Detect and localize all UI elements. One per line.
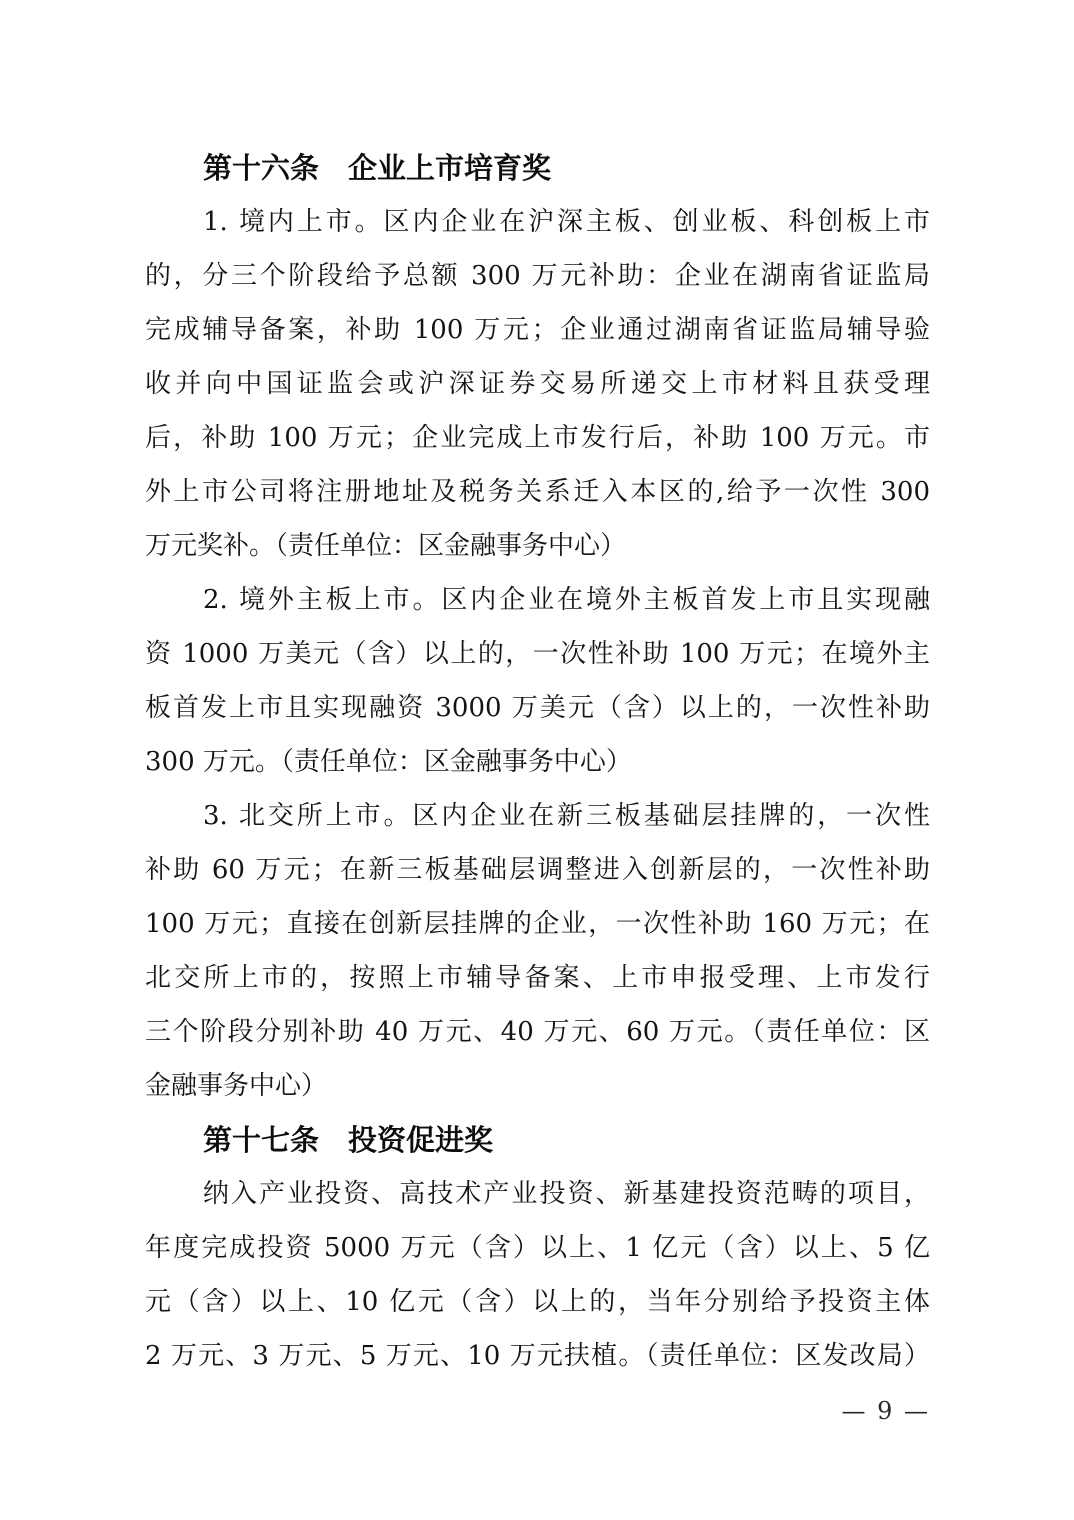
text-line: 北交所上市的，按照上市辅导备案、上市申报受理、上市发行 [145,951,930,1005]
document-body: 第十六条 企业上市培育奖 1. 境内上市。区内企业在沪深主板、创业板、科创板上市… [145,141,930,1383]
text-line: 2 万元、3 万元、5 万元、10 万元扶植。（责任单位：区发改局） [145,1329,930,1383]
text-line: 元（含）以上、10 亿元（含）以上的，当年分别给予投资主体 [145,1275,930,1329]
text-line: 300 万元。（责任单位：区金融事务中心） [145,735,930,789]
text-line: 收并向中国证监会或沪深证券交易所递交上市材料且获受理 [145,357,930,411]
text-line: 外上市公司将注册地址及税务关系迁入本区的,给予一次性 300 [145,465,930,519]
article-17-heading: 第十七条 投资促进奖 [145,1113,930,1167]
text-line: 1. 境内上市。区内企业在沪深主板、创业板、科创板上市 [145,195,930,249]
text-line: 后，补助 100 万元；企业完成上市发行后，补助 100 万元。市 [145,411,930,465]
text-line: 的，分三个阶段给予总额 300 万元补助：企业在湖南省证监局 [145,249,930,303]
text-line: 年度完成投资 5000 万元（含）以上、1 亿元（含）以上、5 亿 [145,1221,930,1275]
text-line: 三个阶段分别补助 40 万元、40 万元、60 万元。（责任单位：区 [145,1005,930,1059]
text-line: 2. 境外主板上市。区内企业在境外主板首发上市且实现融 [145,573,930,627]
text-line: 3. 北交所上市。区内企业在新三板基础层挂牌的，一次性 [145,789,930,843]
text-line: 100 万元；直接在创新层挂牌的企业，一次性补助 160 万元；在 [145,897,930,951]
text-line: 补助 60 万元；在新三板基础层调整进入创新层的，一次性补助 [145,843,930,897]
text-line: 完成辅导备案，补助 100 万元；企业通过湖南省证监局辅导验 [145,303,930,357]
page-number: — 9 — [841,1398,930,1424]
text-line: 万元奖补。（责任单位：区金融事务中心） [145,519,930,573]
text-line: 纳入产业投资、高技术产业投资、新基建投资范畴的项目， [145,1167,930,1221]
document-page: 第十六条 企业上市培育奖 1. 境内上市。区内企业在沪深主板、创业板、科创板上市… [0,0,1074,1520]
text-line: 资 1000 万美元（含）以上的，一次性补助 100 万元；在境外主 [145,627,930,681]
text-line: 板首发上市且实现融资 3000 万美元（含）以上的，一次性补助 [145,681,930,735]
article-16-heading: 第十六条 企业上市培育奖 [145,141,930,195]
text-line: 金融事务中心） [145,1059,930,1113]
